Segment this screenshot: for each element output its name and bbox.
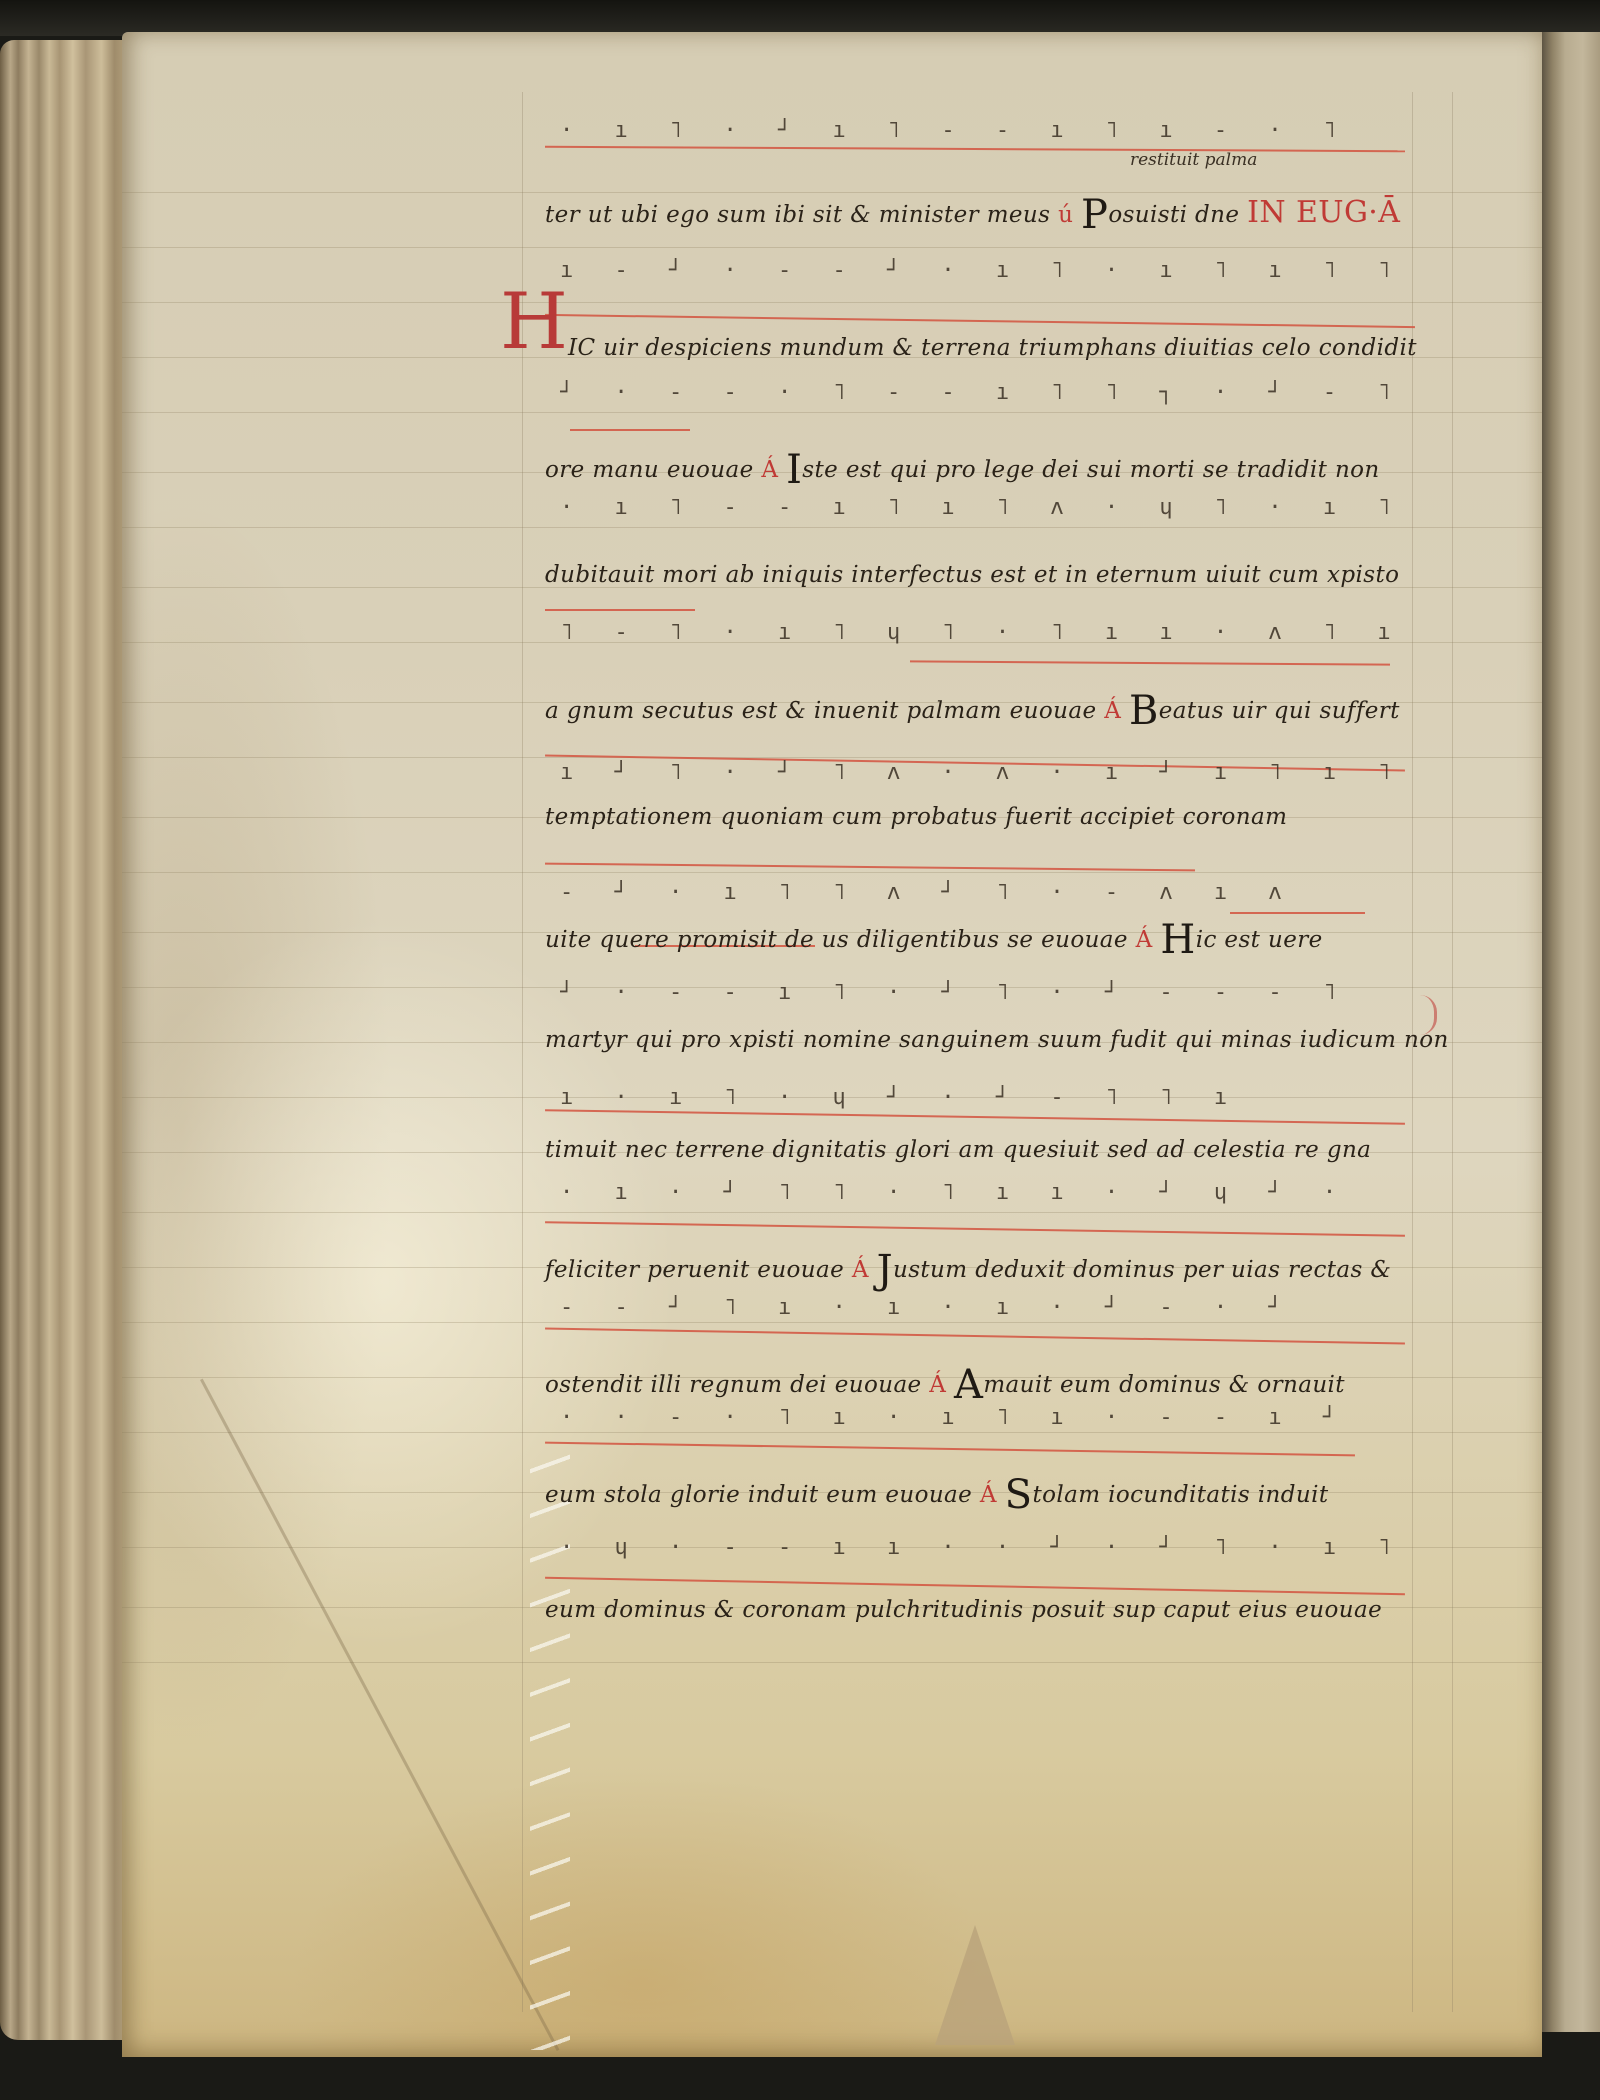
neume-row: ‐ ‐ ┘ ˥ ı · ı · ı · ┘ ‐ · ┘	[560, 1295, 1400, 1329]
text-segment: mauit eum dominus & ornauit	[983, 1372, 1345, 1398]
top-shadow	[0, 0, 1600, 36]
rubric-marker: Á	[929, 1372, 954, 1398]
vertical-ruling	[522, 92, 523, 2012]
ruling-line	[122, 757, 1542, 758]
text-segment: a gnum secutus est & inuenit palmam euou…	[545, 698, 1104, 724]
text-segment: IC uir despiciens mundum & terrena trium…	[568, 335, 1417, 361]
page-tear	[935, 1925, 1015, 2045]
interlinear-gloss: restituit palma	[1130, 150, 1257, 170]
text-segment: dubitauit mori ab iniquis interfectus es…	[545, 562, 1399, 588]
ruling-line	[122, 872, 1542, 873]
red-staff-line	[545, 609, 695, 611]
rubric-marker: Á	[761, 457, 786, 483]
text-segment: osuisti dne	[1108, 202, 1247, 228]
text-segment: ter ut ubi ego sum ibi sit & minister me…	[545, 202, 1058, 228]
red-staff-line	[570, 429, 690, 431]
ruling-line	[122, 247, 1542, 248]
neume-row: ‐ ┘ · ı ˥ ˥ ʌ ┘ ˥ · ‐ ʌ ı ʌ	[560, 880, 1400, 914]
neume-row: · ı ˥ ‐ ‐ ı ˥ ı ˥ ʌ · ɥ ˥ · ı ˥ ‐	[560, 495, 1400, 529]
rubric-marker: Á	[1104, 698, 1129, 724]
text-line-9: timuit nec terrene dignitatis glori am q…	[545, 1137, 1371, 1163]
neume-row: · · ‐ · ˥ ı · ı ˥ ı · ‐ ‐ ı ┘	[560, 1405, 1400, 1439]
text-line-5: a gnum secutus est & inuenit palmam euou…	[545, 688, 1400, 734]
text-segment: ustum deduxit dominus per uias rectas &	[893, 1257, 1391, 1283]
text-segment: ostendit illi regnum dei euouae	[545, 1372, 929, 1398]
text-segment: eatus uir qui suffert	[1159, 698, 1400, 724]
chant-initial: I	[786, 447, 802, 493]
text-line-3: ore manu euouae Á Iste est qui pro lege …	[545, 447, 1380, 493]
ruling-line	[122, 1662, 1542, 1663]
text-segment: eum stola glorie induit eum euouae	[545, 1482, 980, 1508]
text-line-1: ter ut ubi ego sum ibi sit & minister me…	[545, 192, 1400, 238]
text-line-4: dubitauit mori ab iniquis interfectus es…	[545, 562, 1399, 588]
text-line-7: uite quere promisit de us diligentibus s…	[545, 917, 1323, 963]
text-line-6: temptationem quoniam cum probatus fuerit…	[545, 804, 1287, 830]
text-segment: ore manu euouae	[545, 457, 761, 483]
text-segment: eum dominus & coronam pulchritudinis pos…	[545, 1597, 1382, 1623]
ruling-line	[122, 302, 1542, 303]
rubric-marker: Á	[1136, 927, 1161, 953]
chant-initial: S	[1005, 1472, 1033, 1518]
page-stack-edge	[0, 40, 130, 2040]
chant-initial: J	[877, 1247, 893, 1293]
rubric-marker: Á	[852, 1257, 877, 1283]
text-line-11: ostendit illi regnum dei euouae Á Amauit…	[545, 1362, 1345, 1408]
text-line-10: feliciter peruenit euouae Á Justum dedux…	[545, 1247, 1391, 1293]
decorated-initial-h: H	[500, 283, 568, 361]
text-segment: feliciter peruenit euouae	[545, 1257, 852, 1283]
rubric-marker: Á	[980, 1482, 1005, 1508]
vertical-ruling	[1452, 92, 1453, 2012]
text-segment: uite quere promisit de us diligentibus s…	[545, 927, 1136, 953]
text-segment: timuit nec terrene dignitatis glori am q…	[545, 1137, 1371, 1163]
chant-initial: H	[1160, 917, 1195, 963]
neume-row: ı · ı ˥ · ɥ ┘ · ┘ ‐ ˥ ˥ ı	[560, 1085, 1400, 1119]
neume-row: · ı ˥ · ┘ ı ˥ ‐ ‐ ı ˥ ı ‐ · ˥	[560, 118, 1400, 152]
neume-row: · ı · ┘ ˥ ˥ · ˥ ı ı · ┘ ɥ ┘ ·	[560, 1180, 1400, 1214]
text-segment: ic est uere	[1196, 927, 1323, 953]
text-segment: temptationem quoniam cum probatus fuerit…	[545, 804, 1287, 830]
neume-row: · ɥ · ‐ ‐ ı ı · · ┘ · ┘ ˥ · ı ˥ ┘	[560, 1535, 1400, 1569]
neume-row: ┘ · ‐ ‐ · ˥ ‐ ‐ ı ˥ ˥ ┐ · ┘ ‐ ˥ ⌐	[560, 380, 1400, 414]
text-line-12: eum stola glorie induit eum euouae Á Sto…	[545, 1472, 1329, 1518]
chant-initial: B	[1129, 688, 1159, 734]
text-line-13: eum dominus & coronam pulchritudinis pos…	[545, 1597, 1382, 1623]
neume-row: ┘ · ‐ ‐ ı ˥ · ┘ ˥ · ┘ ‐ ‐ ‐ ˥	[560, 980, 1400, 1014]
neume-row: ı ‐ ┘ · ‐ ‐ ┘ · ı ˥ · ı ˥ ı ˥ ˥ ·	[560, 258, 1400, 292]
text-line-8: martyr qui pro xpisti nomine sanguinem s…	[545, 1027, 1449, 1053]
facing-page-edge	[1542, 32, 1600, 2032]
chant-initial: A	[954, 1362, 983, 1408]
chant-initial: P	[1081, 192, 1108, 238]
neume-row: ˥ ‐ ˥ · ı ˥ ɥ ˥ · ˥ ı ı · ʌ ˥ ı	[560, 620, 1400, 654]
text-segment: tolam iocunditatis induit	[1032, 1482, 1328, 1508]
rubric-heading: IN EUG·Ā	[1247, 195, 1400, 230]
neume-row: ı ┘ ˥ · ┘ ˥ ʌ · ʌ · ı ┘ ı ˥ ı ˥ ı	[560, 760, 1400, 794]
text-segment: martyr qui pro xpisti nomine sanguinem s…	[545, 1027, 1449, 1053]
text-segment: ste est qui pro lege dei sui morti se tr…	[802, 457, 1379, 483]
rubric-marker: ú	[1058, 202, 1081, 228]
text-line-2: IC uir despiciens mundum & terrena trium…	[568, 335, 1417, 361]
